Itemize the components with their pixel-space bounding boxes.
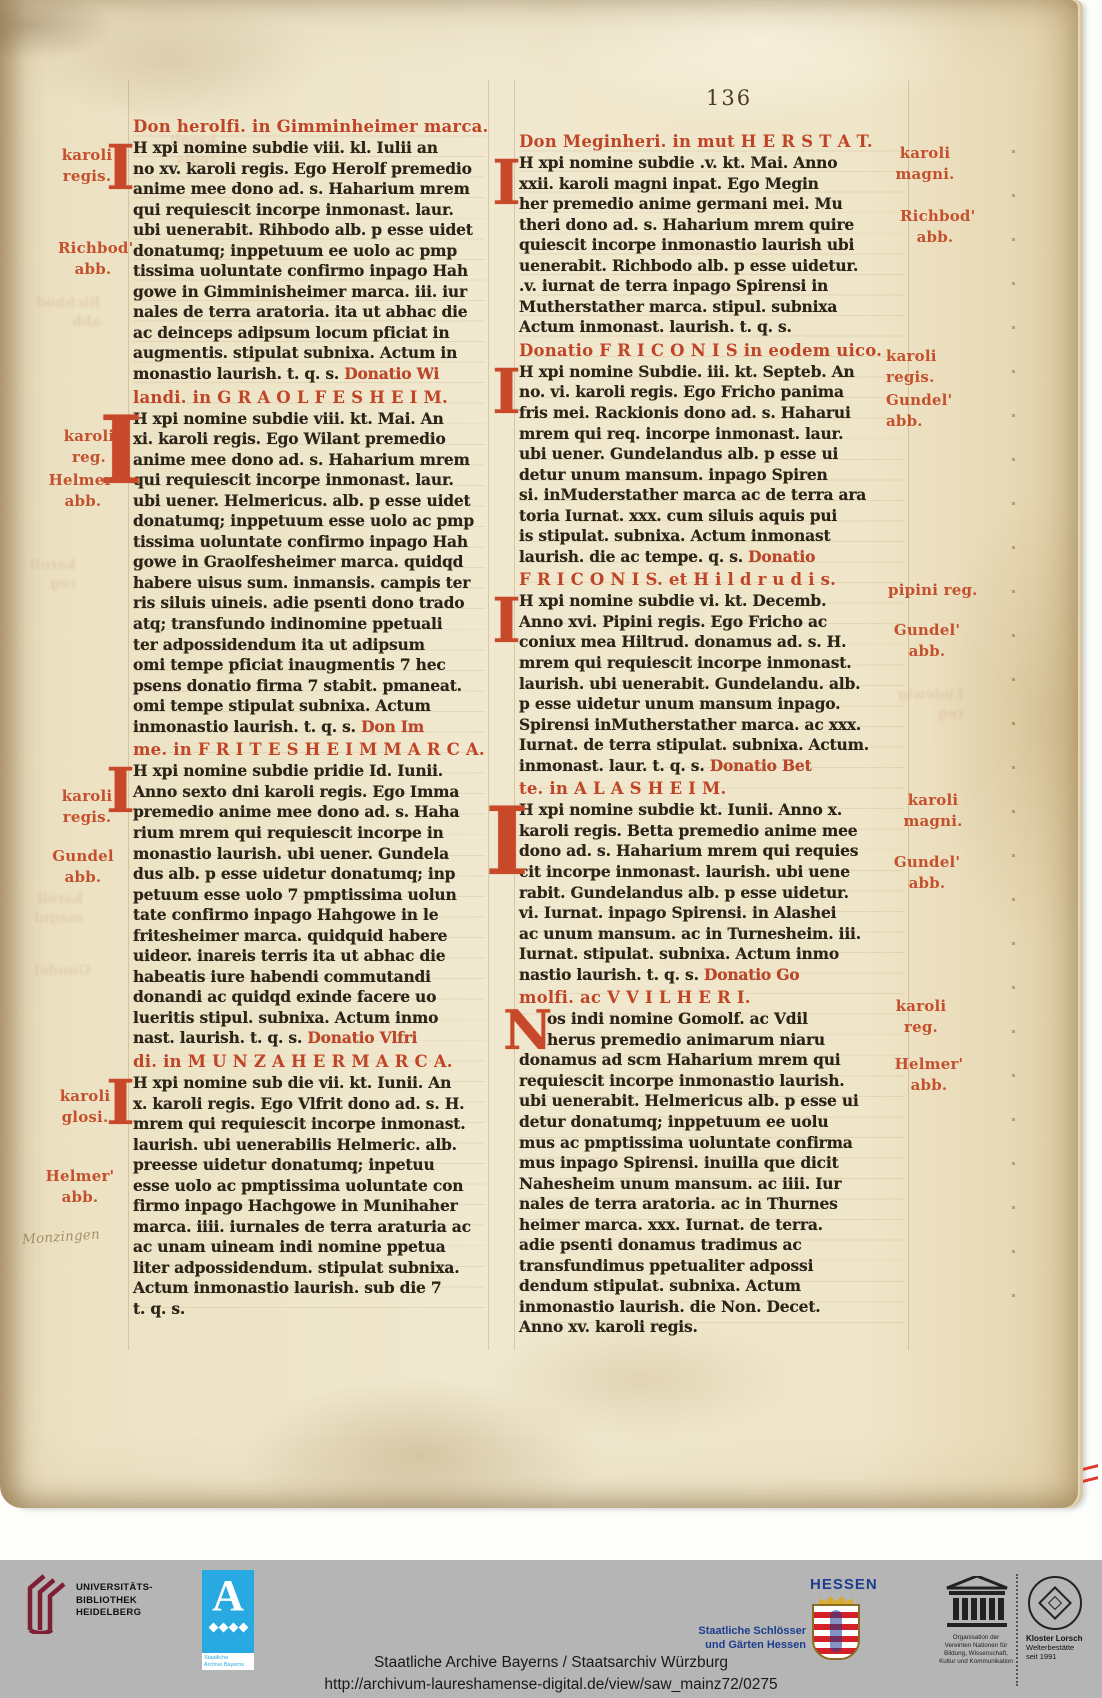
manuscript-line: donandi ac quidqd exinde facere uo bbox=[133, 987, 485, 1008]
manuscript-line: qui requiescit incorpe inmonast. laur. bbox=[133, 200, 485, 221]
manuscript-line: ris siluis uineis. adie psenti dono trad… bbox=[133, 593, 485, 614]
note-line: reg bbox=[30, 575, 76, 594]
charter-entry: di. in M U N Z A H E R M A R C A.IH xpi … bbox=[133, 1051, 485, 1320]
ruling-line bbox=[488, 80, 489, 1350]
manuscript-line: lueritis stipul. subnixa. Actum inmo bbox=[133, 1008, 485, 1029]
charter-rubric: di. in M U N Z A H E R M A R C A. bbox=[133, 1051, 485, 1073]
manuscript-line: heimer marca. xxx. Iurnat. de terra. bbox=[519, 1215, 905, 1236]
shield-icon bbox=[812, 1604, 860, 1660]
note-line: abb. bbox=[894, 1075, 964, 1096]
manuscript-line: gowe in Gimminisheimer marca. iii. iur bbox=[133, 282, 485, 303]
margin-note: Gundel'abb. bbox=[892, 852, 962, 894]
lorsch-label-line: Kloster Lorsch bbox=[1026, 1634, 1102, 1643]
note-line: reg. bbox=[54, 447, 124, 468]
diamond-icon bbox=[228, 1623, 238, 1633]
manuscript-line: mus ac pmptissima uoluntate confirma bbox=[519, 1133, 905, 1154]
manuscript-line: Iurnat. de terra stipulat. subnixa. Actu… bbox=[519, 735, 905, 756]
manuscript-line: ter adpossidendum ita ut adipsum bbox=[133, 635, 485, 656]
bleedthrough-text: Gundel bbox=[34, 962, 90, 981]
manuscript-line: mrem qui requiescit incorpe inmonast. bbox=[519, 653, 905, 674]
ub-heidelberg-logo-icon bbox=[22, 1572, 70, 1634]
manuscript-scan: 136 Don herolfi. in Gimminheimer marca.I… bbox=[0, 0, 1102, 1560]
manuscript-line: mrem qui req. incorpe inmonast. laur. bbox=[519, 424, 905, 445]
note-line: Gundel bbox=[48, 846, 118, 867]
manuscript-line: donatumq; inppetuum ee uolo ac pmp bbox=[133, 241, 485, 262]
manuscript-line: Nahesheim unum mansum. ac iiii. Iur bbox=[519, 1174, 905, 1195]
charter-rubric: te. in A L A S H E I M. bbox=[519, 778, 905, 800]
manuscript-line: premedio anime mee dono ad. s. Haha bbox=[133, 802, 485, 823]
manuscript-line: firmo inpago Hachgowe in Munihaher bbox=[133, 1196, 485, 1217]
right-text-column: Don Meginheri. in mut H E R S T A T.IH x… bbox=[519, 131, 905, 1340]
note-line: Gundel' bbox=[892, 620, 962, 641]
bleedthrough-text: Ludewigreg bbox=[898, 686, 964, 724]
manuscript-line: omi tempe pficiat inaugmentis 7 hec bbox=[133, 655, 485, 676]
note-line: karoli bbox=[54, 426, 124, 447]
note-line: glosi. bbox=[50, 1107, 120, 1128]
margin-note: karoliglosi. bbox=[50, 1086, 120, 1128]
margin-note: karolireg. bbox=[886, 996, 956, 1038]
manuscript-line: no. vi. karoli regis. Ego Fricho panima bbox=[519, 382, 905, 403]
manuscript-line: x. karoli regis. Ego Vlfrit dono ad. s. … bbox=[133, 1094, 485, 1115]
manuscript-line: uenerabit. Richbodo alb. p esse uidetur. bbox=[519, 256, 905, 277]
margin-note: Monzingen bbox=[21, 1222, 132, 1251]
manuscript-line: ubi uener. Helmericus. alb. p esse uidet bbox=[133, 491, 485, 512]
manuscript-line: atq; transfundo indinomine ppetuali bbox=[133, 614, 485, 635]
manuscript-line: Anno xv. karoli regis. bbox=[519, 1317, 905, 1338]
note-line: abb. bbox=[48, 491, 118, 512]
bleedthrough-text: karolireg bbox=[30, 556, 76, 594]
charter-body: IH xpi nomine subdie kt. Iunii. Anno x.k… bbox=[519, 800, 905, 985]
illuminated-initial: I bbox=[492, 346, 518, 438]
screenshot-root: 136 Don herolfi. in Gimminheimer marca.I… bbox=[0, 0, 1102, 1698]
manuscript-line: anime mee dono ad. s. Haharium mrem bbox=[133, 179, 485, 200]
note-line: karoli bbox=[898, 790, 968, 811]
manuscript-line: ac unum mansum. ac in Turnesheim. iii. bbox=[519, 924, 905, 945]
trailing-rubric: Donatio Go bbox=[699, 965, 800, 984]
charter-entry: landi. in G R A O L F E S H E I M.IH xpi… bbox=[133, 387, 485, 738]
manuscript-line: ubi uener. Gundelandus alb. p esse ui bbox=[519, 444, 905, 465]
note-line: Gundel bbox=[34, 962, 90, 981]
manuscript-line: herus premedio animarum niaru bbox=[519, 1030, 905, 1051]
note-line: Helmer' bbox=[894, 1054, 964, 1075]
ub-label-line: HEIDELBERG bbox=[76, 1607, 153, 1620]
illuminated-initial: I bbox=[492, 137, 518, 229]
note-line: Helmer' bbox=[48, 470, 118, 491]
margin-note: karoliregis. bbox=[52, 145, 122, 187]
note-line: Richbod' bbox=[900, 206, 970, 227]
manuscript-line: p esse uidetur unum mansum inpago. bbox=[519, 694, 905, 715]
diamond-icon bbox=[218, 1623, 228, 1633]
note-line: reg. bbox=[886, 1017, 956, 1038]
manuscript-line: inmonastio laurish. t. q. s. Don Im bbox=[133, 717, 485, 738]
manuscript-line: rabit. Gundelandus alb. p esse uidetur. bbox=[519, 883, 905, 904]
note-line: abb. bbox=[900, 227, 970, 248]
note-line: karoli regis. bbox=[886, 346, 986, 388]
manuscript-line: augmentis. stipulat subnixa. Actum in bbox=[133, 343, 485, 364]
illuminated-initial: N bbox=[503, 995, 529, 1065]
note-line: regis. bbox=[52, 807, 122, 828]
charter-entry: F R I C O N I S. et H i l d r u d i s.IH… bbox=[519, 569, 905, 776]
charter-body: IH xpi nomine Subdie. iii. kt. Septeb. A… bbox=[519, 362, 905, 567]
manuscript-line: Anno xvi. Pipini regis. Ego Fricho ac bbox=[519, 612, 905, 633]
manuscript-line: H xpi nomine subdie kt. Iunii. Anno x. bbox=[519, 800, 905, 821]
manuscript-line: nast. laurish. t. q. s. Donatio Vlfri bbox=[133, 1028, 485, 1049]
charter-body: IH xpi nomine subdie .v. kt. Mai. Annoxx… bbox=[519, 153, 905, 338]
note-line: karoli bbox=[52, 145, 122, 166]
manuscript-line: monastio laurish. ubi uener. Gundela bbox=[133, 844, 485, 865]
manuscript-line: H xpi nomine subdie viii. kt. Mai. An bbox=[133, 409, 485, 430]
hessen-label-line: und Gärten Hessen bbox=[660, 1638, 806, 1652]
manuscript-line: inmonastio laurish. die Non. Decet. bbox=[519, 1297, 905, 1318]
manuscript-line: quiescit incorpe inmonastio laurish ubi bbox=[519, 235, 905, 256]
note-line: Richbod bbox=[36, 294, 101, 313]
hessen-label-line: Staatliche Schlösser bbox=[660, 1624, 806, 1638]
manuscript-line: inmonast. laur. t. q. s. Donatio Bet bbox=[519, 756, 905, 777]
manuscript-line: ac unam uineam indi nomine ppetua bbox=[133, 1237, 485, 1258]
note-line: magni. bbox=[898, 811, 968, 832]
note-line: Ludewig bbox=[898, 686, 964, 705]
trailing-rubric: Don Im bbox=[356, 717, 424, 736]
margin-note: Gundel' abb. bbox=[886, 390, 986, 432]
manuscript-line: os indi nomine Gomolf. ac Vdil bbox=[519, 1009, 905, 1030]
manuscript-line: Mutherstather marca. stipul. subnixa bbox=[519, 297, 905, 318]
ub-heidelberg-logo bbox=[22, 1572, 70, 1639]
manuscript-line: rium mrem qui requiescit incorpe in bbox=[133, 823, 485, 844]
note-line: Richbod' bbox=[58, 238, 128, 259]
note-line: regis. bbox=[52, 166, 122, 187]
manuscript-line: nastio laurish. t. q. s. Donatio Go bbox=[519, 965, 905, 986]
manuscript-line: fris mei. Rackionis dono ad. s. Haharui bbox=[519, 403, 905, 424]
margin-note: Gundel'abb. bbox=[892, 620, 962, 662]
manuscript-line: H xpi nomine subdie pridie Id. Iunii. bbox=[133, 761, 485, 782]
hessen-title: HESSEN bbox=[810, 1576, 878, 1593]
manuscript-line: liter adpossidendum. stipulat subnixa. bbox=[133, 1258, 485, 1279]
manuscript-line: toria Iurnat. xxx. cum siluis aquis pui bbox=[519, 506, 905, 527]
manuscript-line: transfundimus ppetualiter adpossi bbox=[519, 1256, 905, 1277]
manuscript-line: Actum inmonast. laurish. t. q. s. bbox=[519, 317, 905, 338]
manuscript-line: H xpi nomine Subdie. iii. kt. Septeb. An bbox=[519, 362, 905, 383]
diamond-icon bbox=[208, 1623, 218, 1633]
note-line: magni. bbox=[890, 164, 960, 185]
manuscript-line: detur donatumq; inppetuum ee uolu bbox=[519, 1112, 905, 1133]
manuscript-line: vi. Iurnat. inpago Spirensi. in Alashei bbox=[519, 903, 905, 924]
manuscript-line: Anno sexto dni karoli regis. Ego Imma bbox=[133, 782, 485, 803]
manuscript-line: is stipulat. subnixa. Actum inmonast bbox=[519, 526, 905, 547]
unesco-logo bbox=[945, 1576, 1009, 1635]
manuscript-line: laurish. ubi uenerabit. Gundelandu. alb. bbox=[519, 674, 905, 695]
kloster-lorsch-logo bbox=[1028, 1576, 1082, 1630]
charter-rubric: Don Meginheri. in mut H E R S T A T. bbox=[519, 131, 905, 153]
manuscript-line: laurish. ubi uenerabilis Helmeric. alb. bbox=[133, 1135, 485, 1156]
manuscript-line: detur unum mansum. inpago Spiren bbox=[519, 465, 905, 486]
manuscript-line: anime mee dono ad. s. Haharium mrem bbox=[133, 450, 485, 471]
manuscript-line: si. inMuderstather marca ac de terra ara bbox=[519, 485, 905, 506]
note-line: karoli bbox=[50, 1086, 120, 1107]
manuscript-line: xi. karoli regis. Ego Wilant premedio bbox=[133, 429, 485, 450]
note-line: reg bbox=[898, 705, 964, 724]
charter-rubric: F R I C O N I S. et H i l d r u d i s. bbox=[519, 569, 905, 591]
note-line: karoli bbox=[30, 556, 76, 575]
note-line: Gundel' bbox=[892, 852, 962, 873]
manuscript-line: habeatis iure habendi commutandi bbox=[133, 967, 485, 988]
manuscript-line: ubi uenerabit. Helmericus alb. p esse ui bbox=[519, 1091, 905, 1112]
trailing-rubric: Donatio bbox=[743, 547, 815, 566]
ruling-line bbox=[514, 80, 515, 1350]
crown-icon bbox=[819, 1596, 853, 1604]
charter-body: IH xpi nomine subdie viii. kt. Mai. Anxi… bbox=[133, 409, 485, 738]
charter-rubric: me. in F R I T E S H E I M M A R C A. bbox=[133, 739, 485, 761]
manuscript-line: ac deinceps adipsum locum pficiat in bbox=[133, 323, 485, 344]
note-line: Gundel' abb. bbox=[886, 390, 986, 432]
manuscript-line: xxii. karoli magni inpat. Ego Megin bbox=[519, 174, 905, 195]
ub-heidelberg-label: UNIVERSITÄTS- BIBLIOTHEK HEIDELBERG bbox=[76, 1582, 153, 1620]
charter-rubric: landi. in G R A O L F E S H E I M. bbox=[133, 387, 485, 409]
charter-entry: molfi. ac V V I L H E R I.Nos indi nomin… bbox=[519, 987, 905, 1338]
trailing-rubric: Donatio Vlfri bbox=[302, 1028, 417, 1047]
unesco-label-line: Organisation der bbox=[928, 1634, 1024, 1642]
note-line: abb. bbox=[45, 1187, 115, 1208]
footer-bar: UNIVERSITÄTS- BIBLIOTHEK HEIDELBERG A St… bbox=[0, 1560, 1102, 1698]
manuscript-line: qui requiescit incorpe inmonast. laur. bbox=[133, 470, 485, 491]
manuscript-line: cit incorpe inmonast. laurish. ubi uene bbox=[519, 862, 905, 883]
manuscript-line: coniux mea Hiltrud. donamus ad. s. H. bbox=[519, 632, 905, 653]
note-line: karoli bbox=[170, 132, 216, 151]
margin-note: karolimagni. bbox=[898, 790, 968, 832]
margin-note: Helmer'abb. bbox=[894, 1054, 964, 1096]
manuscript-line: Iurnat. stipulat. subnixa. Actum inmo bbox=[519, 944, 905, 965]
manuscript-line: H xpi nomine sub die vii. kt. Iunii. An bbox=[133, 1073, 485, 1094]
lorsch-label-line: Welterbestätte bbox=[1026, 1643, 1102, 1652]
manuscript-line: omi tempe stipulat subnixa. Actum bbox=[133, 696, 485, 717]
page-edge-dots bbox=[1012, 150, 1015, 1300]
manuscript-line: petuum esse uolo 7 pmptissima uolun bbox=[133, 885, 485, 906]
illuminated-initial: I bbox=[485, 778, 511, 906]
manuscript-line: adie psenti donamus tradimus ac bbox=[519, 1235, 905, 1256]
red-edge-mark bbox=[1083, 1464, 1098, 1483]
note-line: Monzingen bbox=[21, 1222, 132, 1251]
unesco-label-line: Vereinten Nationen für bbox=[928, 1642, 1024, 1650]
note-line: karoli bbox=[886, 996, 956, 1017]
charter-body: IH xpi nomine sub die vii. kt. Iunii. An… bbox=[133, 1073, 485, 1320]
manuscript-line: t. q. s. bbox=[133, 1299, 485, 1320]
bleedthrough-text: karoliregis bbox=[170, 132, 216, 170]
manuscript-line: mrem qui requiescit incorpe inmonast. bbox=[133, 1114, 485, 1135]
manuscript-line: gowe in Graolfesheimer marca. quidqd bbox=[133, 552, 485, 573]
margin-note: karolimagni. bbox=[890, 143, 960, 185]
manuscript-line: .v. iurnat de terra inpago Spirensi in bbox=[519, 276, 905, 297]
note-line: karoli bbox=[52, 786, 122, 807]
ruling-line bbox=[128, 80, 129, 1350]
manuscript-line: psens donatio firma 7 stabit. pmaneat. bbox=[133, 676, 485, 697]
charter-entry: Don Meginheri. in mut H E R S T A T.IH x… bbox=[519, 131, 905, 338]
manuscript-line: laurish. die ac tempe. q. s. Donatio bbox=[519, 547, 905, 568]
margin-note: pipini reg. bbox=[888, 580, 988, 601]
manuscript-line: requiescit incorpe inmonastio laurish. bbox=[519, 1071, 905, 1092]
margin-note: Helmer'abb. bbox=[48, 470, 118, 512]
manuscript-line: mus inpago Spirensi. inuilla que dicit bbox=[519, 1153, 905, 1174]
manuscript-line: dono ad. s. Haharium mrem qui requies bbox=[519, 841, 905, 862]
margin-note: Richbod'abb. bbox=[900, 206, 970, 248]
manuscript-line: her premedio anime germani mei. Mu bbox=[519, 194, 905, 215]
margin-note: karolireg. bbox=[54, 426, 124, 468]
manuscript-line: dus alb. p esse uidetur donatumq; inp bbox=[133, 864, 485, 885]
charter-body: Nos indi nomine Gomolf. ac Vdilherus pre… bbox=[519, 1009, 905, 1338]
margin-note: karoli regis. bbox=[886, 346, 986, 388]
note-line: abb. bbox=[892, 641, 962, 662]
manuscript-line: tissima uoluntate confirmo inpago Hah bbox=[133, 532, 485, 553]
manuscript-line: tate confirmo inpago Hahgowe in le bbox=[133, 905, 485, 926]
unesco-temple-icon bbox=[945, 1576, 1009, 1630]
note-line: pipini reg. bbox=[888, 580, 988, 601]
manuscript-line: Spirensi inMutherstather marca. ac xxx. bbox=[519, 715, 905, 736]
manuscript-line: uideor. inareis terris ita ut abhac die bbox=[133, 946, 485, 967]
note-line: regis bbox=[170, 151, 216, 170]
charter-body: IH xpi nomine subdie vi. kt. Decemb.Anno… bbox=[519, 591, 905, 776]
manuscript-line: karoli regis. Betta premedio anime mee bbox=[519, 821, 905, 842]
manuscript-line: fritesheimer marca. quidquid habere bbox=[133, 926, 485, 947]
margin-note: Helmer'abb. bbox=[45, 1166, 115, 1208]
source-url: http://archivum-laureshamense-digital.de… bbox=[0, 1676, 1102, 1694]
bayern-diamonds-icon bbox=[210, 1624, 247, 1631]
note-line: magni bbox=[34, 909, 83, 928]
manuscript-line: H xpi nomine subdie .v. kt. Mai. Anno bbox=[519, 153, 905, 174]
note-line: abb. bbox=[58, 259, 128, 280]
charter-rubric: Donatio F R I C O N I S in eodem uico. bbox=[519, 340, 905, 362]
trailing-rubric: Donatio Bet bbox=[705, 756, 812, 775]
manuscript-line: Actum inmonastio laurish. sub die 7 bbox=[133, 1278, 485, 1299]
margin-note: Richbod'abb. bbox=[58, 238, 128, 280]
manuscript-line: theri dono ad. s. Haharium mrem quire bbox=[519, 215, 905, 236]
note-line: abb. bbox=[48, 867, 118, 888]
bleedthrough-text: karolimagni bbox=[34, 890, 83, 928]
left-text-column: Don herolfi. in Gimminheimer marca.IH xp… bbox=[133, 116, 485, 1322]
bayern-a-letter: A bbox=[212, 1570, 244, 1622]
hessen-label: Staatliche Schlösser und Gärten Hessen bbox=[660, 1624, 806, 1652]
hessen-coat-of-arms-icon bbox=[812, 1596, 860, 1660]
manuscript-line: donatumq; inppetuum esse uolo ac pmp bbox=[133, 511, 485, 532]
margin-note: Gundelabb. bbox=[48, 846, 118, 888]
manuscript-line: tissima uoluntate confirmo inpago Hah bbox=[133, 261, 485, 282]
charter-rubric: molfi. ac V V I L H E R I. bbox=[519, 987, 905, 1009]
charter-entry: me. in F R I T E S H E I M M A R C A.IH … bbox=[133, 739, 485, 1049]
manuscript-line: nales de terra aratoria. ita ut abhac di… bbox=[133, 302, 485, 323]
manuscript-line: dendum stipulat. subnixa. Actum bbox=[519, 1276, 905, 1297]
note-line: karoli bbox=[34, 890, 83, 909]
ub-label-line: UNIVERSITÄTS- bbox=[76, 1582, 153, 1595]
manuscript-line: esse uolo ac pmptissima uoluntate con bbox=[133, 1176, 485, 1197]
charter-body: IH xpi nomine subdie viii. kl. Iulii ann… bbox=[133, 138, 485, 385]
folio-number: 136 bbox=[706, 86, 752, 110]
note-line: abb. bbox=[892, 873, 962, 894]
gem-inner-icon bbox=[1048, 1596, 1062, 1610]
charter-entry: te. in A L A S H E I M.IH xpi nomine sub… bbox=[519, 778, 905, 985]
manuscript-line: H xpi nomine subdie vi. kt. Decemb. bbox=[519, 591, 905, 612]
note-line: karoli bbox=[890, 143, 960, 164]
note-line: abb bbox=[36, 313, 101, 332]
note-line: Helmer' bbox=[45, 1166, 115, 1187]
gem-icon bbox=[1038, 1586, 1072, 1620]
charter-body: IH xpi nomine subdie pridie Id. Iunii.An… bbox=[133, 761, 485, 1049]
diamond-icon bbox=[238, 1623, 248, 1633]
manuscript-line: nales de terra aratoria. ac in Thurnes bbox=[519, 1194, 905, 1215]
ub-label-line: BIBLIOTHEK bbox=[76, 1595, 153, 1608]
trailing-rubric: Donatio Wi bbox=[339, 364, 439, 383]
manuscript-line: preesse uidetur donatumq; inpetuu bbox=[133, 1155, 485, 1176]
manuscript-line: ubi uenerabit. Rihbodo alb. p esse uidet bbox=[133, 220, 485, 241]
bleedthrough-text: Richbodabb bbox=[36, 294, 101, 332]
manuscript-line: marca. iiii. iurnales de terra araturia … bbox=[133, 1217, 485, 1238]
margin-note: karoliregis. bbox=[52, 786, 122, 828]
manuscript-line: monastio laurish. t. q. s. Donatio Wi bbox=[133, 364, 485, 385]
illuminated-initial: I bbox=[492, 575, 518, 667]
parchment-page: 136 Don herolfi. in Gimminheimer marca.I… bbox=[0, 0, 1078, 1508]
charter-entry: Donatio F R I C O N I S in eodem uico.IH… bbox=[519, 340, 905, 567]
archive-caption: Staatliche Archive Bayerns / Staatsarchi… bbox=[0, 1654, 1102, 1672]
manuscript-line: habere uisus sum. inmansis. campis ter bbox=[133, 573, 485, 594]
manuscript-line: donamus ad scm Haharium mrem qui bbox=[519, 1050, 905, 1071]
